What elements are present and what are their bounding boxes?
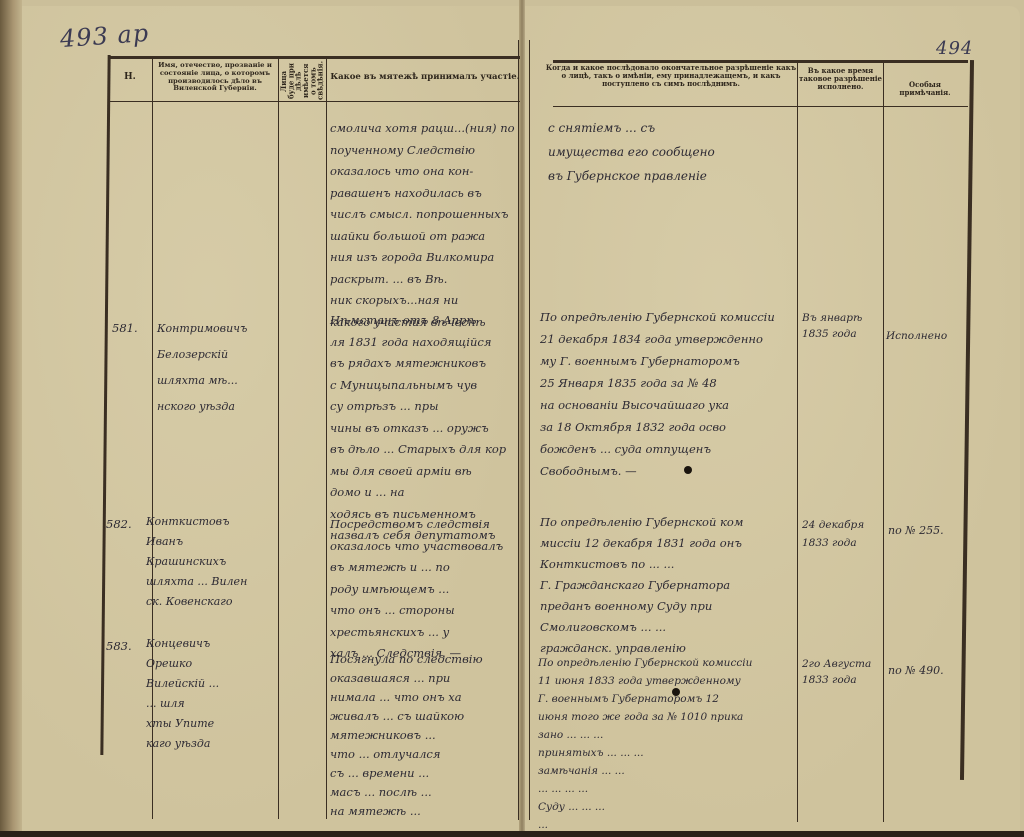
folio-right: 494 [936,38,973,59]
paper-hole [672,688,680,696]
book-edge [0,0,22,837]
entry-581-number: 581. [112,318,138,340]
header-remarks: Особыя примѣчанія. [885,81,965,97]
entry-583-name: Концевичъ Орешко Вилейскiй ... ... шля х… [146,634,278,754]
header-presence: Лица буде при дѣлѣ имѣется о томъ свѣдѣн… [280,62,324,100]
entry-583-participation: Посягнула по следствiю оказавшаяся ... п… [330,650,520,821]
col-rule-3 [326,59,327,819]
header-rule-left [108,101,520,102]
resolution-continuation: с снятiемъ ... съ имущества его сообщено… [548,116,796,188]
entry-583-remarks: по № 490. [888,660,966,682]
right-col-rule-2 [883,62,884,822]
entry-581-resolution: По опредѣленiю Губернской комиссiи 21 де… [540,306,798,482]
col-rule-2 [278,59,279,819]
header-resolution: Когда и какое послѣдовало окончательное … [545,64,797,88]
entry-581-participation: Нѣмстанъ отъ 8 Апрѣ ля 1831 года находящ… [330,310,520,547]
header-name: Имя, отечество, прозваніе и состояніе ли… [154,62,276,93]
header-number: Н. [110,72,150,82]
header-when-executed: Въ какое время таковое разрѣшеніе исполн… [799,67,882,91]
entry-582-name: Конткистовъ Иванъ Крашинскихъ шляхта ...… [146,512,278,612]
participation-continuation: смолича хотя рацш...(ния) по поученному … [330,118,520,333]
entry-582-resolution: По опредѣленiю Губернской ком миссiи 12 … [540,512,798,659]
right-col-rule-0 [529,40,530,820]
open-ledger: 493 ар 494 Н. Имя, отечество, прозваніе … [0,0,1024,837]
entry-581-executed: Въ январѣ 1835 года [802,310,882,342]
entry-582-participation: Посредствомъ следствiя оказалось что уча… [330,514,520,665]
header-participation: Какое въ мятежѣ принималъ участіе. [330,73,520,83]
entry-583-executed: 2го Августа 1833 года [802,656,882,688]
entry-581-name: Контримовичъ Белозерскiй шляхта мѣ... нс… [157,316,277,420]
bottom-shadow [0,831,1024,837]
paper-hole [684,466,692,474]
entry-583-resolution: По опредѣленiю Губернской комиссiи 11 ию… [538,654,798,834]
entry-582-executed: 24 декабря 1833 года [802,516,882,552]
entry-582-remarks: по № 255. [888,520,966,542]
top-rule-left [108,56,520,59]
entry-581-remarks: Исполнено [886,326,964,348]
header-rule-right [553,106,968,107]
entry-582-number: 582. [106,514,132,536]
entry-583-number: 583. [106,636,132,658]
